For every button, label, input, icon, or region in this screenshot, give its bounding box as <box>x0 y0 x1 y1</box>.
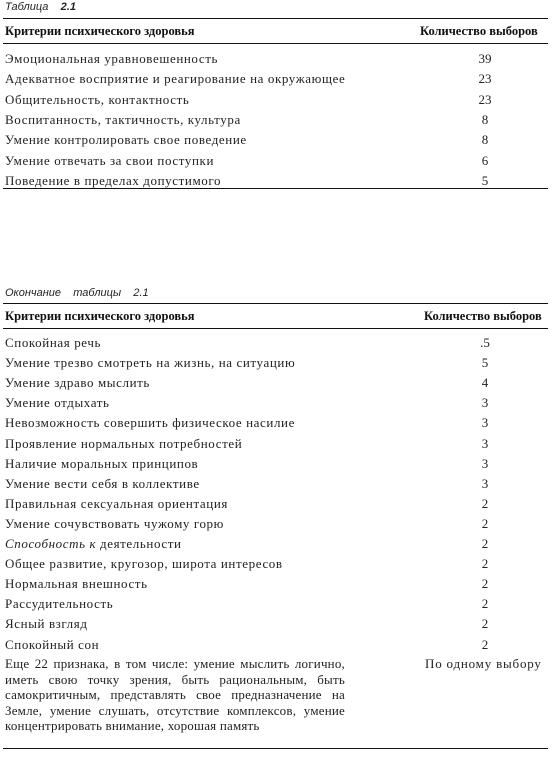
criterion-cell: Умение сочувствовать чужому горю <box>5 516 224 532</box>
count-cell: 3 <box>475 436 495 452</box>
count-cell: По одному выбору <box>425 656 542 672</box>
criterion-cell: Наличие моральных принципов <box>5 456 198 472</box>
count-cell: 3 <box>475 476 495 492</box>
criterion-cell: Способность к деятельности <box>5 536 182 552</box>
bottom-rule <box>3 188 548 189</box>
criterion-cell: Еще 22 признака, в том числе: умение мыс… <box>5 656 345 734</box>
table-row: Умение отвечать за свои поступки6 <box>5 153 545 171</box>
table-row: Умение вести себя в коллективе3 <box>5 476 545 494</box>
bottom-rule <box>3 748 548 749</box>
table-row: Ясный взгляд2 <box>5 616 545 634</box>
table-row: Умение трезво смотреть на жизнь, на ситу… <box>5 355 545 373</box>
criterion-cell: Умение трезво смотреть на жизнь, на ситу… <box>5 355 295 371</box>
criterion-cell: Общее развитие, кругозор, широта интерес… <box>5 556 283 572</box>
criterion-cell: Невозможность совершить физическое насил… <box>5 415 295 431</box>
table-row: Адекватное восприятие и реагирование на … <box>5 71 545 89</box>
count-cell: 6 <box>475 153 495 169</box>
table-row: Невозможность совершить физическое насил… <box>5 415 545 433</box>
table-1-caption: Таблица 2.1 <box>5 1 76 13</box>
criterion-cell: Умение отвечать за свои поступки <box>5 153 214 169</box>
count-cell: 23 <box>475 71 495 87</box>
table-row: Проявление нормальных потребностей3 <box>5 436 545 454</box>
criterion-cell: Воспитанность, тактичность, культура <box>5 112 241 128</box>
criterion-cell: Спокойная речь <box>5 335 101 351</box>
count-cell: 3 <box>475 415 495 431</box>
count-cell: 5 <box>475 355 495 371</box>
criterion-cell: Умение отдыхать <box>5 395 110 411</box>
criterion-cell: Рассудительность <box>5 596 113 612</box>
table-row: Умение отдыхать3 <box>5 395 545 413</box>
criterion-cell: Умение вести себя в коллективе <box>5 476 200 492</box>
table-row: Правильная сексуальная ориентация2 <box>5 496 545 514</box>
table-row: Воспитанность, тактичность, культура8 <box>5 112 545 130</box>
caption-number: 2.1 <box>61 1 76 13</box>
count-cell: 2 <box>475 616 495 632</box>
criterion-cell: Спокойный сон <box>5 637 99 653</box>
criterion-cell: Общительность, контактность <box>5 92 189 108</box>
criterion-cell: Умение контролировать свое поведение <box>5 132 247 148</box>
table-row: Наличие моральных принципов3 <box>5 456 545 474</box>
criterion-cell: Умение здраво мыслить <box>5 375 150 391</box>
count-cell: 8 <box>475 132 495 148</box>
table-row: Общительность, контактность23 <box>5 92 545 110</box>
count-cell: 39 <box>475 51 495 67</box>
table-row: Спокойный сон2 <box>5 637 545 655</box>
header-criterion: Критерии психического здоровья <box>5 24 195 39</box>
table-row: Умение здраво мыслить4 <box>5 375 545 393</box>
header-rule <box>3 43 548 44</box>
header-count: Количество выборов <box>424 309 542 324</box>
count-cell: 2 <box>475 516 495 532</box>
count-cell: 2 <box>475 637 495 653</box>
criterion-cell: Адекватное восприятие и реагирование на … <box>5 71 345 87</box>
criterion-cell: Проявление нормальных потребностей <box>5 436 242 452</box>
criterion-cell: Эмоциональная уравновешенность <box>5 51 218 67</box>
criterion-cell: Ясный взгляд <box>5 616 88 632</box>
count-cell: 3 <box>475 395 495 411</box>
caption-number: 2.1 <box>133 287 148 299</box>
count-cell: 2 <box>475 556 495 572</box>
table-row: Способность к деятельности2 <box>5 536 545 554</box>
table-row: Спокойная речь.5 <box>5 335 545 353</box>
top-rule <box>3 18 548 19</box>
count-cell: 8 <box>475 112 495 128</box>
count-cell: 2 <box>475 496 495 512</box>
count-cell: 4 <box>475 375 495 391</box>
caption-label: Окончание таблицы <box>5 287 121 299</box>
criterion-cell: Нормальная внешность <box>5 576 148 592</box>
criterion-cell: Поведение в пределах допустимого <box>5 173 221 189</box>
count-cell: .5 <box>475 335 495 351</box>
count-cell: 2 <box>475 536 495 552</box>
header-criterion: Критерии психического здоровья <box>5 309 195 324</box>
table-row: Общее развитие, кругозор, широта интерес… <box>5 556 545 574</box>
table-row: Рассудительность2 <box>5 596 545 614</box>
header-count: Количество выборов <box>420 24 538 39</box>
caption-label: Таблица <box>5 1 48 13</box>
header-rule <box>3 328 548 329</box>
table-row: Умение сочувствовать чужому горю2 <box>5 516 545 534</box>
count-cell: 3 <box>475 456 495 472</box>
count-cell: 5 <box>475 173 495 189</box>
table-row: Нормальная внешность2 <box>5 576 545 594</box>
criterion-cell: Правильная сексуальная ориентация <box>5 496 228 512</box>
count-cell: 23 <box>475 92 495 108</box>
count-cell: 2 <box>475 576 495 592</box>
top-rule <box>3 303 548 304</box>
count-cell: 2 <box>475 596 495 612</box>
table-row: Эмоциональная уравновешенность39 <box>5 51 545 69</box>
table-2-caption: Окончание таблицы 2.1 <box>5 287 149 299</box>
table-row: Умение контролировать свое поведение8 <box>5 132 545 150</box>
